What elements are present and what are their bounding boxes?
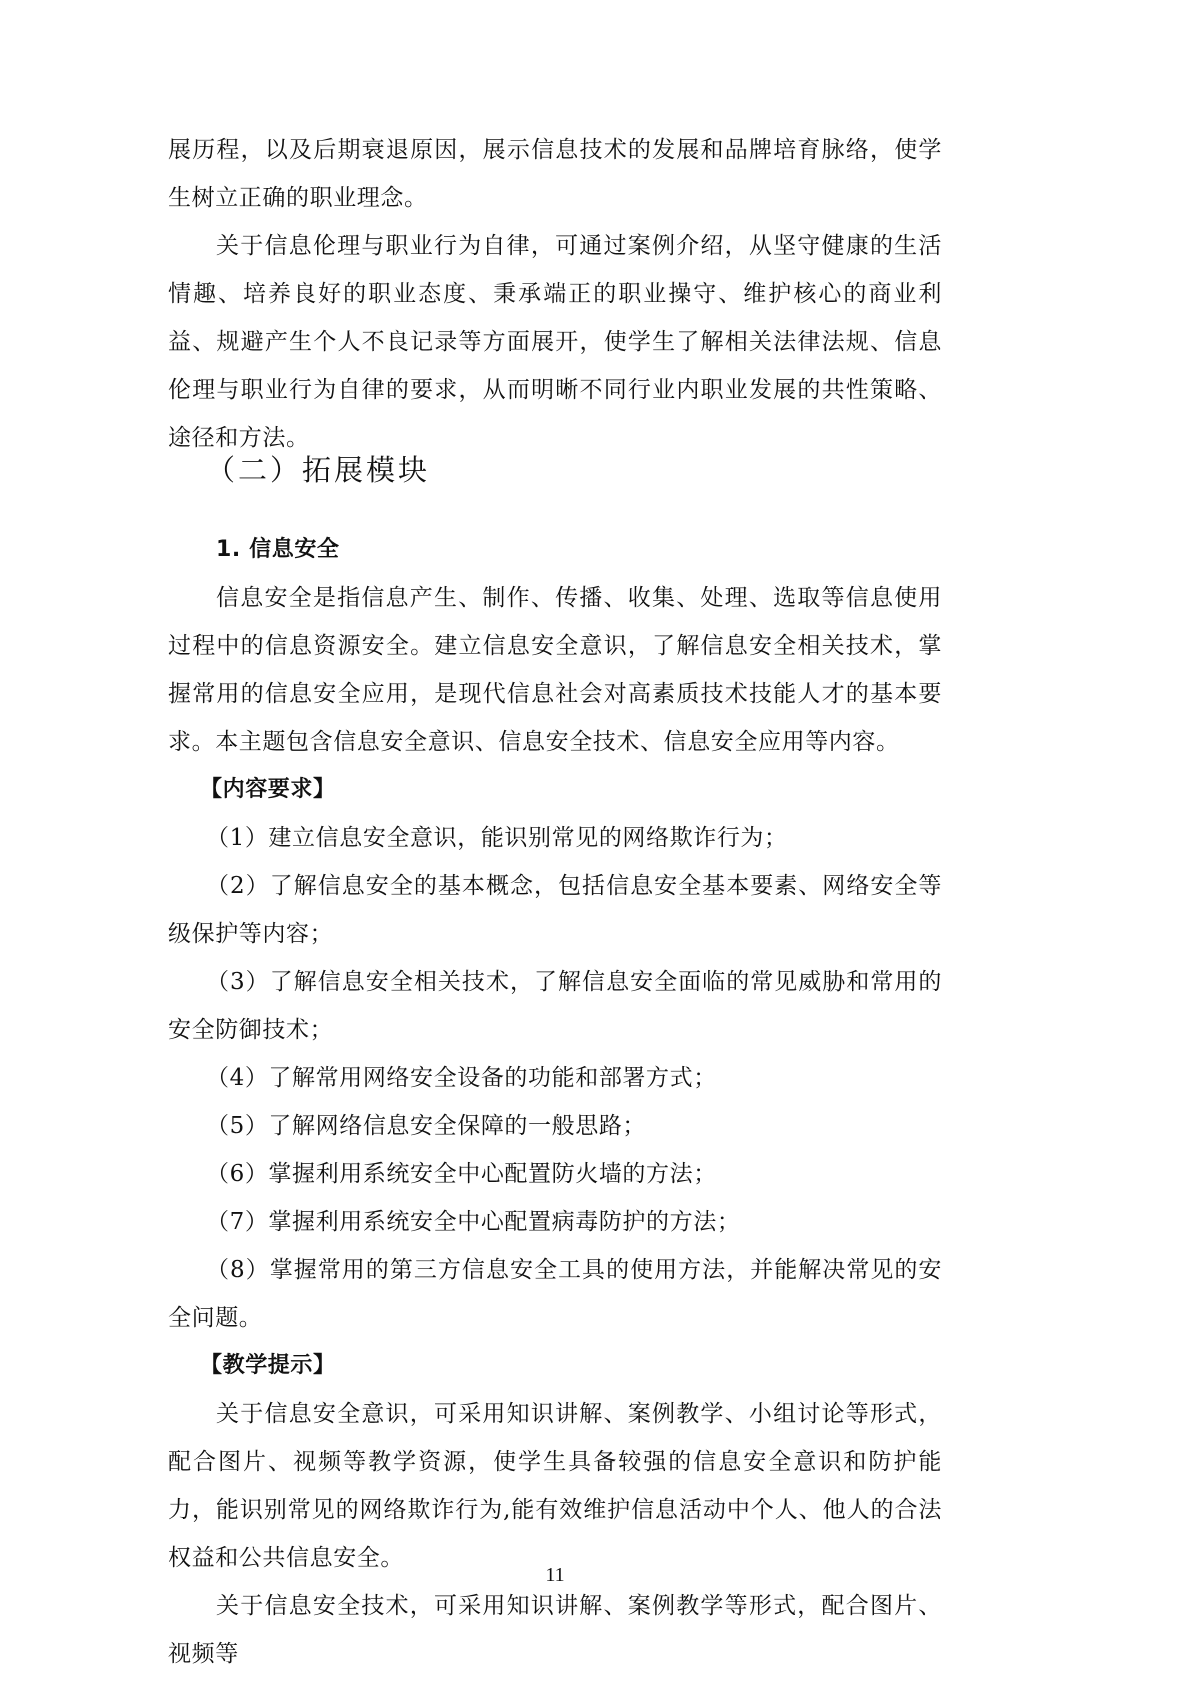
section-heading-extension-module: （二）拓展模块 (206, 446, 430, 494)
intro-text-block: 展历程，以及后期衰退原因，展示信息技术的发展和品牌培育脉络，使学生树立正确的职业… (168, 126, 942, 462)
requirement-item-4: （4）了解常用网络安全设备的功能和部署方式； (168, 1054, 942, 1102)
info-security-section: 1. 信息安全 信息安全是指信息产生、制作、传播、收集、处理、选取等信息使用过程… (168, 526, 942, 1678)
subsection-heading-info-security: 1. 信息安全 (168, 526, 942, 574)
teaching-tips-heading: 【教学提示】 (168, 1342, 942, 1390)
requirement-item-8: （8）掌握常用的第三方信息安全工具的使用方法，并能解决常见的安全问题。 (168, 1246, 942, 1342)
intro-paragraph-ethics: 关于信息伦理与职业行为自律，可通过案例介绍，从坚守健康的生活情趣、培养良好的职业… (168, 222, 942, 462)
requirement-item-6: （6）掌握利用系统安全中心配置防火墙的方法； (168, 1150, 942, 1198)
teaching-tip-paragraph-awareness: 关于信息安全意识，可采用知识讲解、案例教学、小组讨论等形式，配合图片、视频等教学… (168, 1390, 942, 1582)
requirement-item-2: （2）了解信息安全的基本概念，包括信息安全基本要素、网络安全等级保护等内容； (168, 862, 942, 958)
intro-paragraph-continuation: 展历程，以及后期衰退原因，展示信息技术的发展和品牌培育脉络，使学生树立正确的职业… (168, 126, 942, 222)
requirement-item-5: （5）了解网络信息安全保障的一般思路； (168, 1102, 942, 1150)
requirement-item-1: （1）建立信息安全意识，能识别常见的网络欺诈行为； (168, 814, 942, 862)
subsection-intro-paragraph: 信息安全是指信息产生、制作、传播、收集、处理、选取等信息使用过程中的信息资源安全… (168, 574, 942, 766)
content-requirements-heading: 【内容要求】 (168, 766, 942, 814)
page-number: 11 (0, 1560, 1110, 1590)
requirement-item-7: （7）掌握利用系统安全中心配置病毒防护的方法； (168, 1198, 942, 1246)
requirement-item-3: （3）了解信息安全相关技术，了解信息安全面临的常见威胁和常用的安全防御技术； (168, 958, 942, 1054)
teaching-tip-paragraph-technology: 关于信息安全技术，可采用知识讲解、案例教学等形式，配合图片、视频等 (168, 1582, 942, 1678)
document-page: 展历程，以及后期衰退原因，展示信息技术的发展和品牌培育脉络，使学生树立正确的职业… (0, 0, 1190, 1684)
